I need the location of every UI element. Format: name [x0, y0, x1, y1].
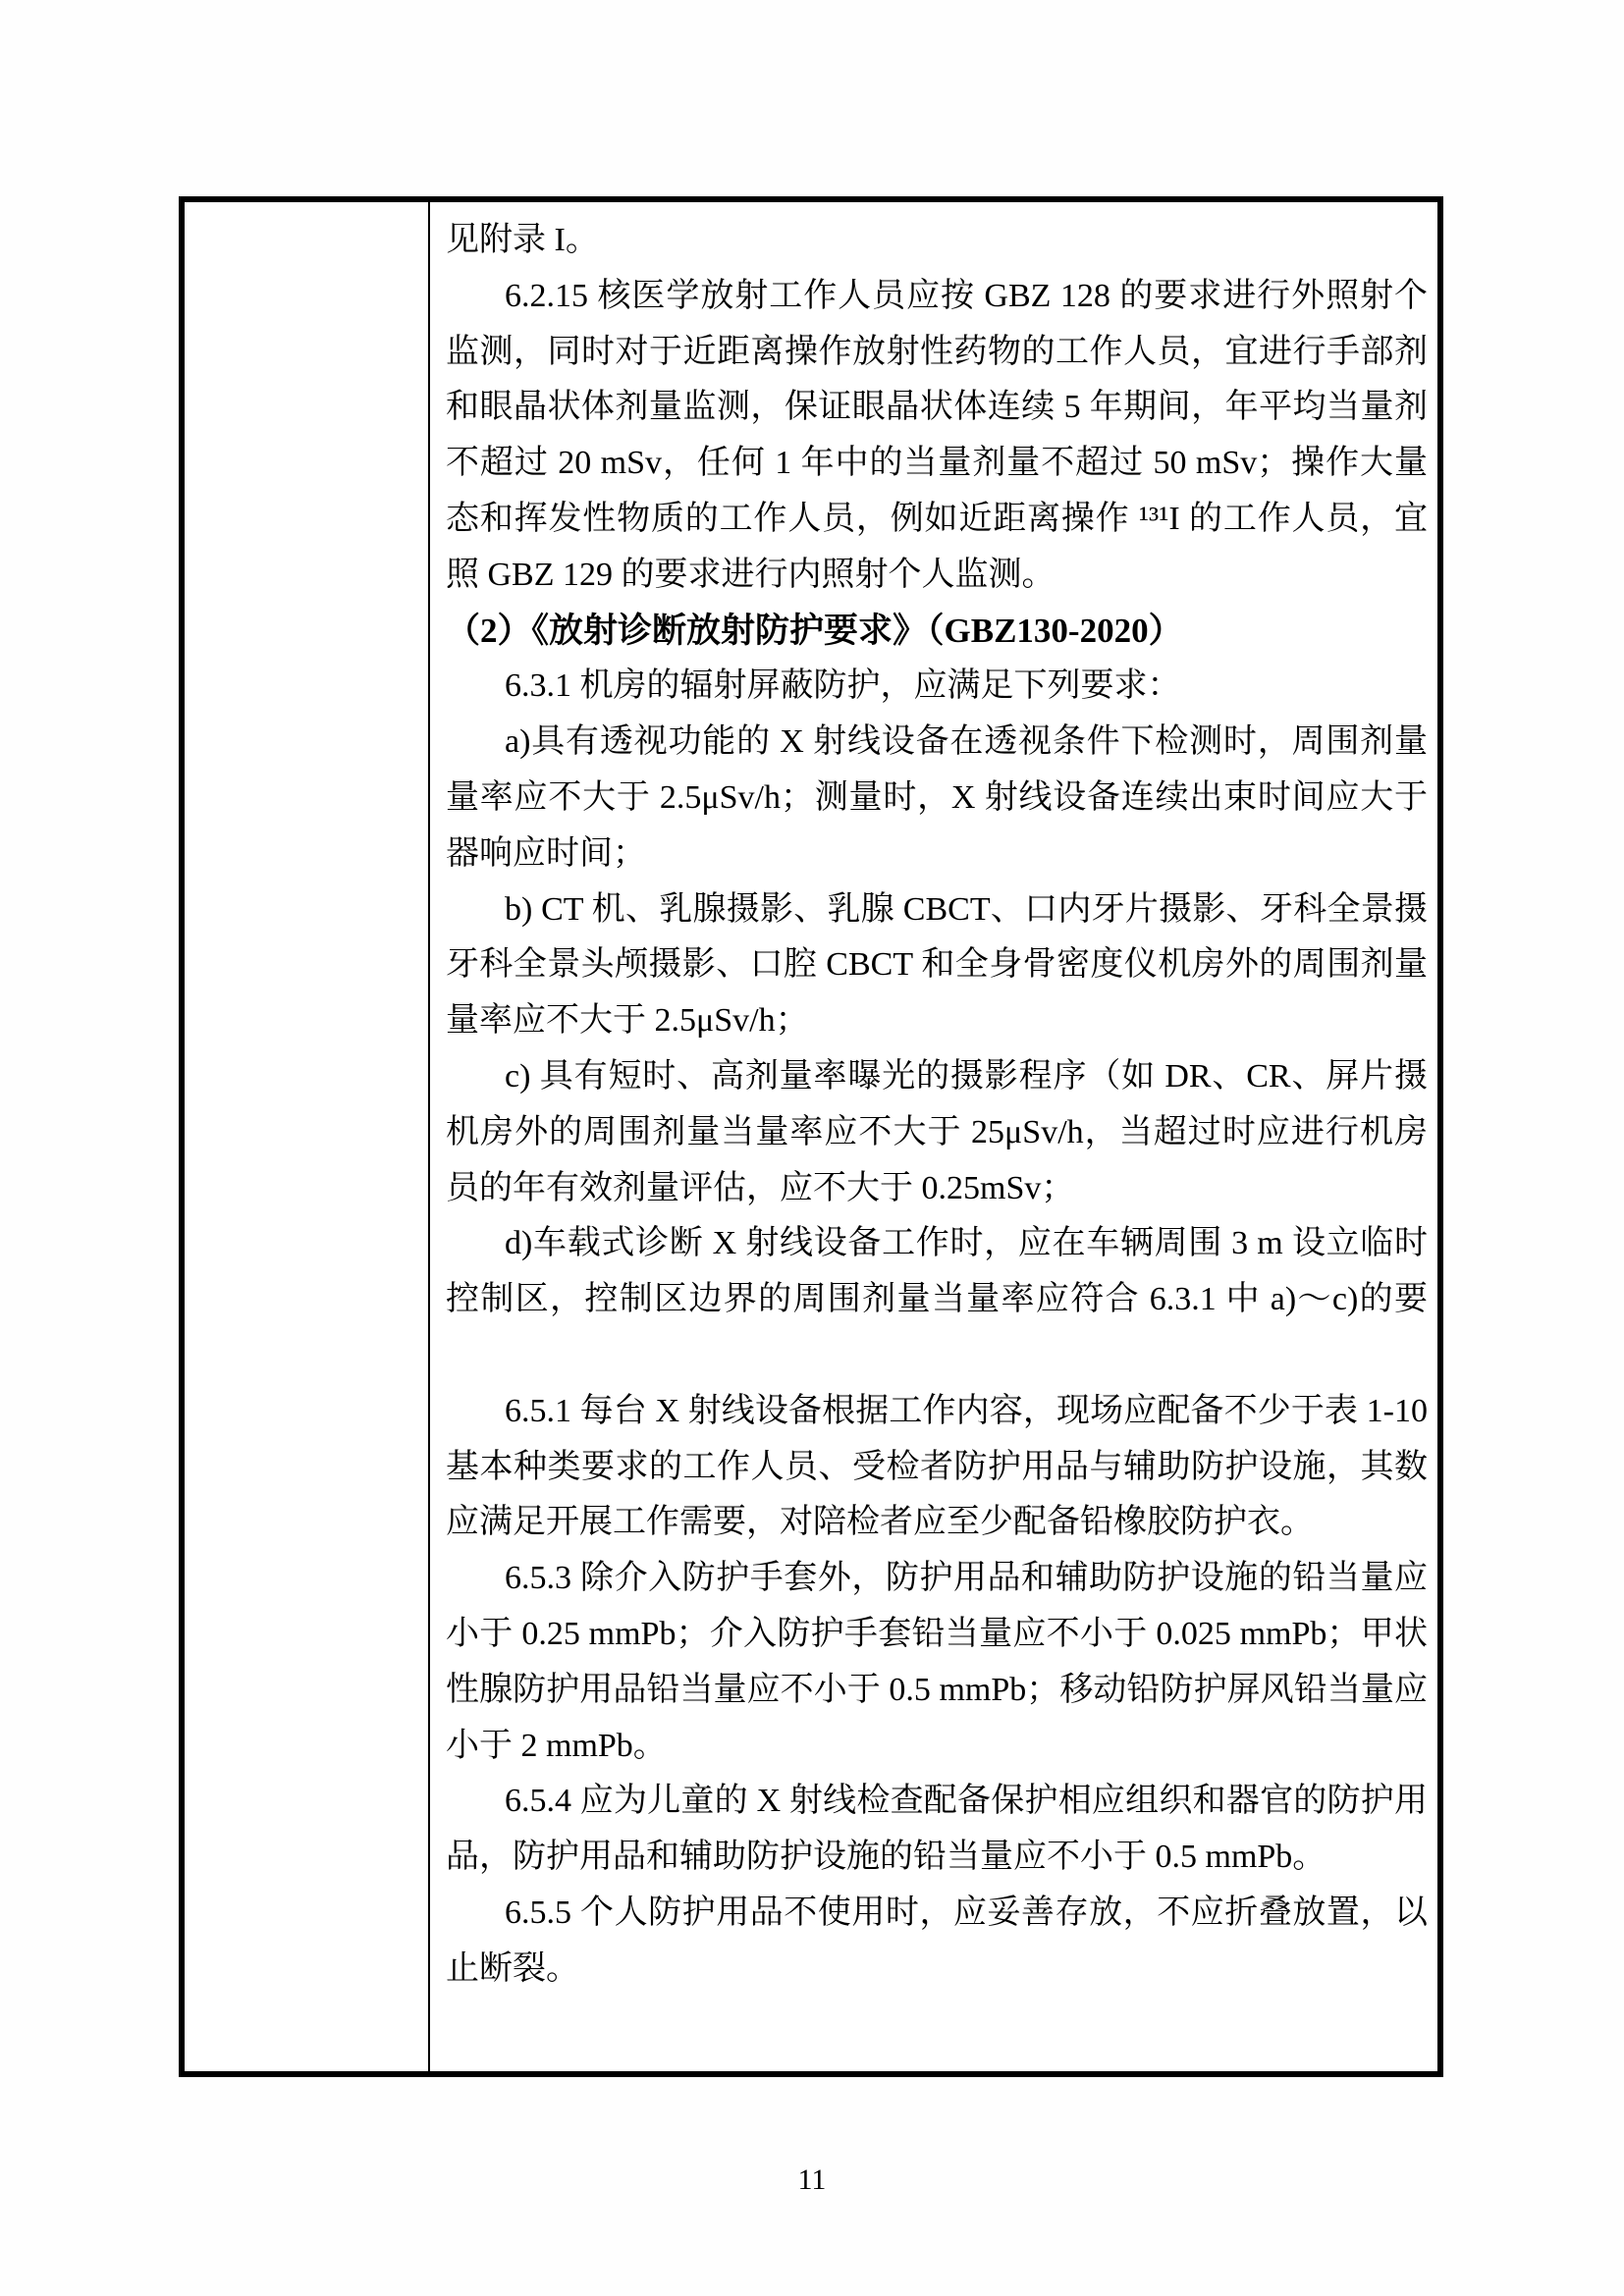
text-line: 器响应时间；: [446, 827, 1428, 882]
text-line: 小于 0.25 mmPb；介入防护手套铅当量应不小于 0.025 mmPb；甲状…: [446, 1607, 1428, 1663]
text-line: d)车载式诊断 X 射线设备工作时，应在车辆周围 3 m 设立临时: [446, 1216, 1428, 1272]
text-line: 6.5.1 每台 X 射线设备根据工作内容，现场应配备不少于表 1-10: [446, 1384, 1428, 1440]
text-line: 照 GBZ 129 的要求进行内照射个人监测。: [446, 548, 1428, 604]
content-table: 见附录 I。6.2.15 核医学放射工作人员应按 GBZ 128 的要求进行外照…: [179, 196, 1443, 2077]
text-line: a)具有透视功能的 X 射线设备在透视条件下检测时，周围剂量当: [446, 715, 1428, 771]
text-line: 止断裂。: [446, 1942, 1428, 1998]
text-line: 员的年有效剂量评估，应不大于 0.25mSv；: [446, 1161, 1428, 1217]
text-line: 性腺防护用品铅当量应不小于 0.5 mmPb；移动铅防护屏风铅当量应不: [446, 1663, 1428, 1719]
text-line: [446, 1328, 1428, 1384]
text-line: 6.2.15 核医学放射工作人员应按 GBZ 128 的要求进行外照射个人: [446, 269, 1428, 325]
text-line: 6.5.3 除介入防护手套外，防护用品和辅助防护设施的铅当量应不: [446, 1551, 1428, 1607]
text-line: 品，防护用品和辅助防护设施的铅当量应不小于 0.5 mmPb。: [446, 1830, 1428, 1886]
text-line: b) CT 机、乳腺摄影、乳腺 CBCT、口内牙片摄影、牙科全景摄影、: [446, 882, 1428, 938]
text-line: 牙科全景头颅摄影、口腔 CBCT 和全身骨密度仪机房外的周围剂量当: [446, 937, 1428, 993]
text-line: 见附录 I。: [446, 213, 1428, 269]
text-line: （2）《放射诊断放射防护要求》（GBZ130-2020）: [446, 604, 1428, 660]
text-line: 和眼晶状体剂量监测，保证眼晶状体连续 5 年期间，年平均当量剂量: [446, 380, 1428, 436]
text-line: 量率应不大于 2.5μSv/h；测量时，X 射线设备连续出束时间应大于仪: [446, 771, 1428, 827]
table-content-cell: 见附录 I。6.2.15 核医学放射工作人员应按 GBZ 128 的要求进行外照…: [430, 202, 1437, 2071]
text-line: 6.3.1 机房的辐射屏蔽防护，应满足下列要求：: [446, 659, 1428, 715]
text-line: 6.5.5 个人防护用品不使用时，应妥善存放，不应折叠放置，以防: [446, 1886, 1428, 1942]
text-line: 应满足开展工作需要，对陪检者应至少配备铅橡胶防护衣。: [446, 1495, 1428, 1551]
text-line: 基本种类要求的工作人员、受检者防护用品与辅助防护设施，其数量: [446, 1440, 1428, 1496]
page-number: 11: [0, 2163, 1624, 2197]
text-line: 不超过 20 mSv，任何 1 年中的当量剂量不超过 50 mSv；操作大量气: [446, 436, 1428, 492]
text-line: 态和挥发性物质的工作人员，例如近距离操作 ¹³¹I 的工作人员，宜按: [446, 492, 1428, 548]
text-line: 机房外的周围剂量当量率应不大于 25μSv/h，当超过时应进行机房外人: [446, 1105, 1428, 1161]
text-line: 量率应不大于 2.5μSv/h；: [446, 993, 1428, 1049]
text-line: 小于 2 mmPb。: [446, 1719, 1428, 1775]
text-line: c) 具有短时、高剂量率曝光的摄影程序（如 DR、CR、屏片摄影）: [446, 1049, 1428, 1105]
text-line: 控制区，控制区边界的周围剂量当量率应符合 6.3.1 中 a)～c)的要求。: [446, 1272, 1428, 1328]
text-line: 6.5.4 应为儿童的 X 射线检查配备保护相应组织和器官的防护用: [446, 1774, 1428, 1830]
document-page: 见附录 I。6.2.15 核医学放射工作人员应按 GBZ 128 的要求进行外照…: [0, 0, 1624, 2296]
table-left-cell: [185, 202, 430, 2071]
text-line: 监测，同时对于近距离操作放射性药物的工作人员，宜进行手部剂量: [446, 325, 1428, 381]
